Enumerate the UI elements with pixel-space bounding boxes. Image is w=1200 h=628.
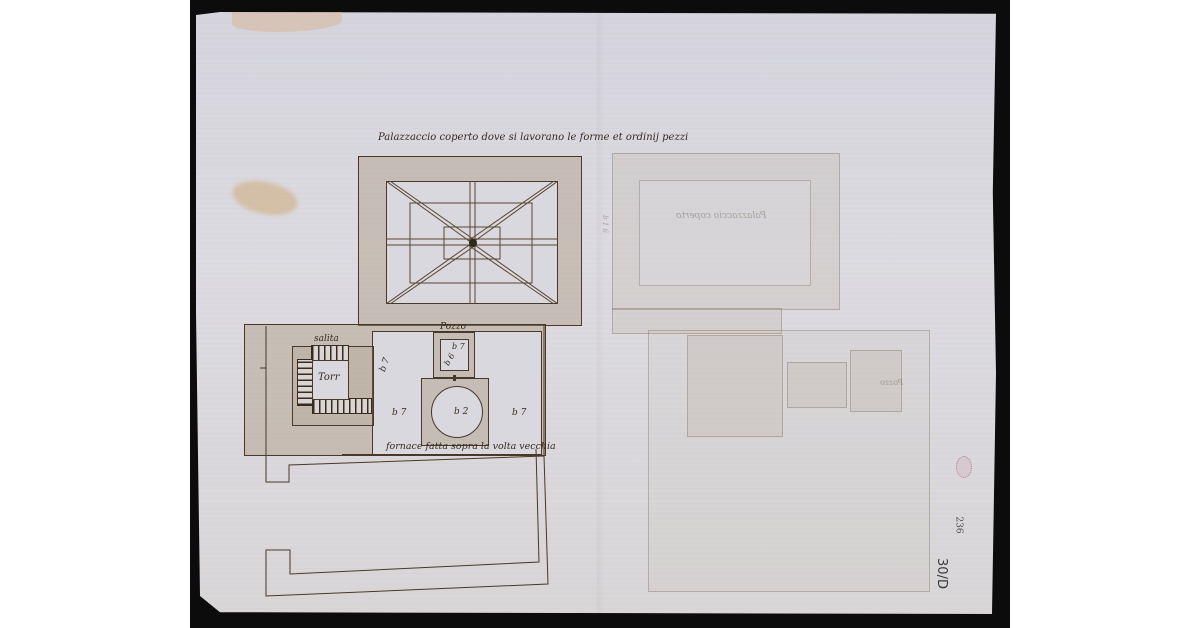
roof-truss-diagram (386, 181, 558, 304)
mirrored-small-label: Pozzo (880, 378, 903, 387)
mirrored-inner-room (687, 335, 783, 437)
mirrored-upper-interior (639, 180, 811, 286)
lower-courtyard-outline (260, 324, 560, 604)
mirrored-stair-room (787, 362, 847, 408)
title-inscription: Palazzaccio coperto dove si lavorano le … (378, 132, 688, 143)
folio-mark: 30/D (934, 558, 949, 589)
margin-mark: b 1 6 (601, 215, 609, 233)
archive-number: 236 (954, 516, 964, 533)
archive-stamp (956, 456, 972, 478)
mirrored-right-label: Palazzaccio coperto (676, 211, 766, 221)
